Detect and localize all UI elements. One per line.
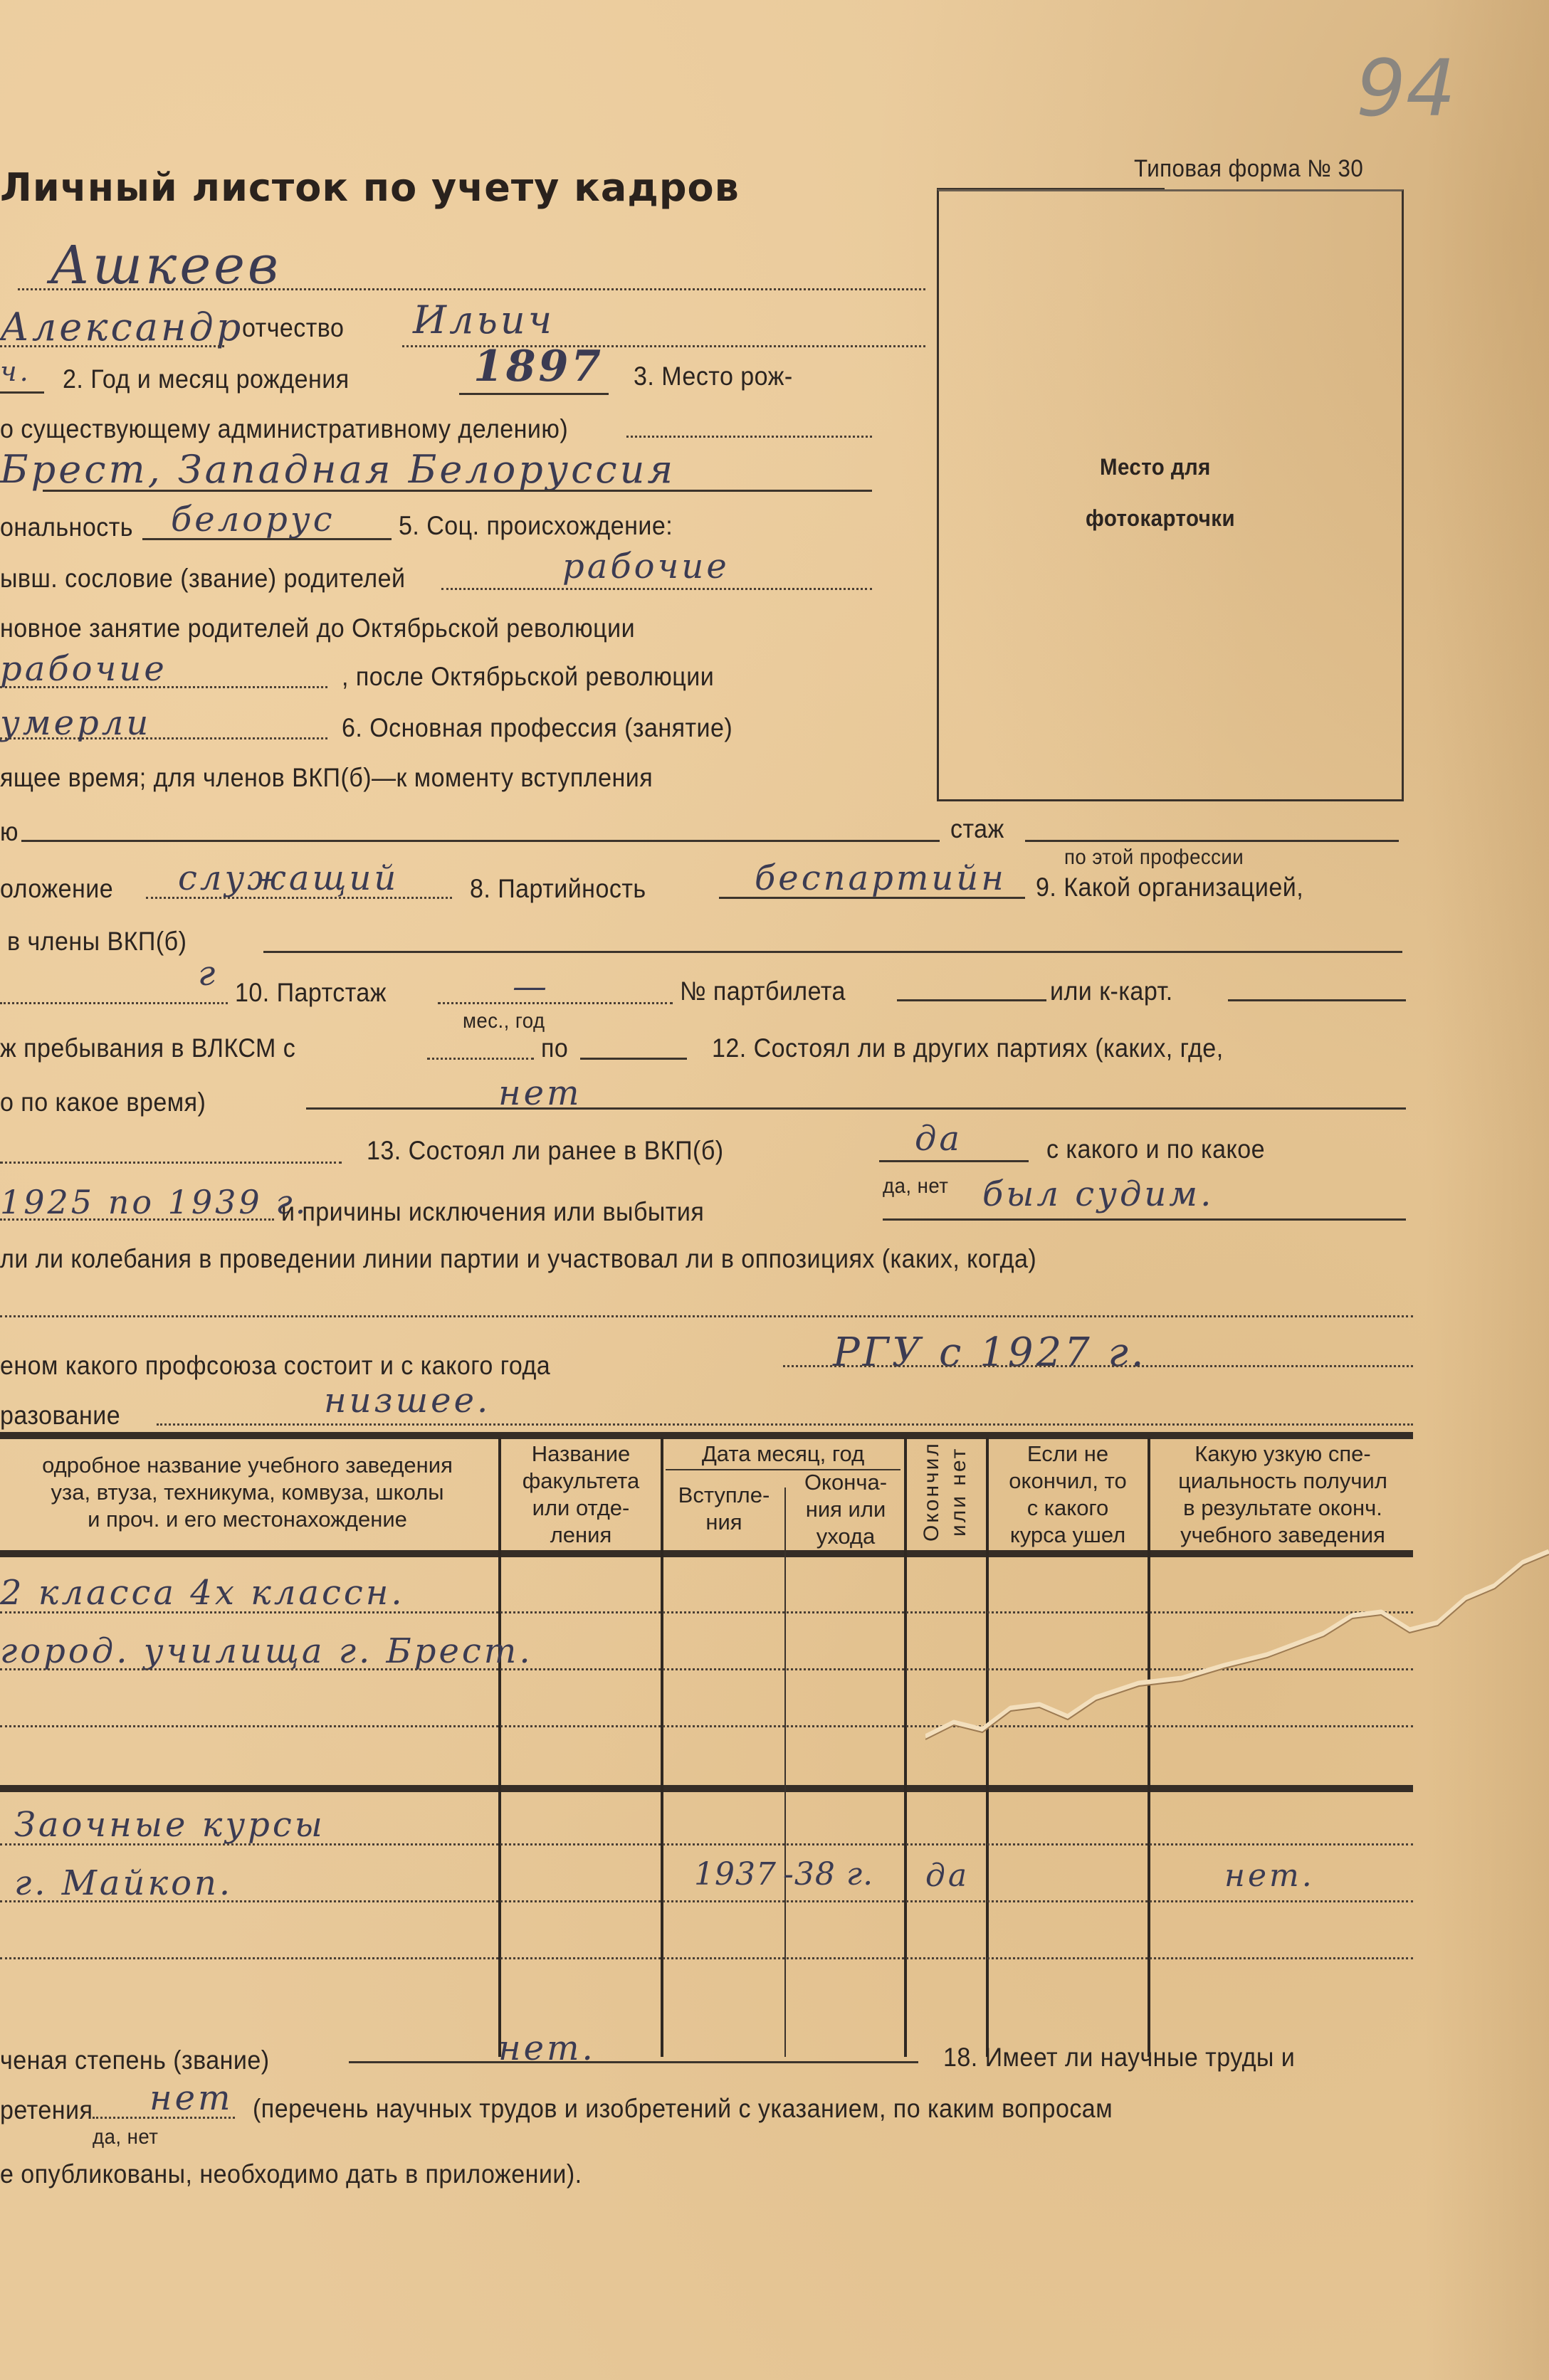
works-note: (перечень научных трудов и изобретений с… [253,2094,1113,2124]
row2-entry[interactable]: 1937 [694,1856,777,1892]
parents-after-revolution-label: , после Октябрьской революции [342,662,714,692]
former-vkpb-value[interactable]: да [915,1119,962,1159]
row1-institution-line1[interactable]: 2 класса 4х классн. [0,1573,405,1613]
party-ticket-field[interactable] [897,999,1046,1001]
exclusion-reason-label: и причины исключения или выбытия [281,1197,704,1227]
trade-union-label: еном какого профсоюза состоит и с какого… [0,1351,550,1381]
experience-label: стаж [950,814,1004,844]
party-card-label: или к-карт. [1050,976,1173,1006]
inventions-label: ретения [0,2095,93,2125]
sheet-number: 94 [1356,43,1456,134]
row2-exit[interactable]: -38 г. [783,1856,873,1892]
photo-label-line1: Место для [1100,454,1211,480]
nationality-label: ональность [0,512,133,542]
header-entry-date: Вступле- ния [663,1482,784,1536]
experience-sublabel: по этой профессии [1064,846,1244,870]
komsomol-sublabel: мес., год [463,1009,545,1033]
birthplace-label: 3. Место рож- [634,362,793,391]
header-institution: одробное название учебного заведения уза… [0,1452,495,1533]
position-value[interactable]: служащий [178,858,399,898]
party-card-field[interactable] [1228,999,1406,1001]
inventions-sublabel: да, нет [93,2125,158,2149]
birth-value[interactable]: 1897 [473,342,604,391]
parents-before-revolution-label: новное занятие родителей до Октябрьской … [0,614,635,643]
trade-union-value[interactable]: РГУ с 1927 г. [833,1329,1147,1376]
komsomol-to-field[interactable] [580,1058,687,1060]
handwritten-mark: г [198,954,218,994]
exclusion-reason-value[interactable]: был судим. [982,1174,1214,1214]
parents-before-revolution-value[interactable]: рабочие [0,649,167,689]
former-vkpb-label: 13. Состоял ли ранее в ВКП(б) [367,1136,724,1166]
education-label: разование [0,1401,120,1431]
form-number-label: Типовая форма № 30 [1134,155,1363,183]
first-name-suffix: ч. [0,356,31,387]
parents-estate-value[interactable]: рабочие [562,547,730,586]
profession-label: 6. Основная профессия (занятие) [342,713,733,743]
party-tenure-label: 10. Партстаж [235,978,387,1008]
party-value[interactable]: беспартийн [755,858,1007,898]
header-dates-group: Дата месяц, год [663,1441,903,1468]
first-name-value[interactable]: Александр [0,305,243,349]
photo-label-line2: фотокарточки [1086,505,1235,532]
profession-label-end: ю [0,817,19,847]
row2-specialty[interactable]: нет. [1224,1858,1315,1894]
row2-institution-line2[interactable]: г. Майкоп. [14,1863,233,1903]
page-title: Личный листок по учету кадров [0,165,740,210]
party-label: 8. Партийность [470,874,646,904]
oppositions-label: ли ли колебания в проведении линии парти… [0,1244,1036,1274]
komsomol-to-label: по [541,1033,568,1063]
admitting-org-label-cont: в члены ВКП(б) [7,927,187,957]
other-parties-label: 12. Состоял ли в других партиях (каких, … [712,1033,1224,1063]
photo-placeholder [937,189,1404,801]
komsomol-label: ж пребывания в ВЛКСМ с [0,1033,295,1063]
admitting-org-label: 9. Какой организацией, [1036,873,1303,902]
profession-label-cont: ящее время; для членов ВКП(б)—к моменту … [0,763,653,793]
komsomol-from-field[interactable] [427,1058,534,1060]
social-origin-label: 5. Соц. происхождение: [399,511,673,541]
oppositions-field[interactable] [0,1315,1413,1317]
party-tenure-value[interactable]: — [513,967,550,1006]
header-exit-date: Оконча- ния или ухода [787,1469,904,1550]
position-label: оложение [0,874,113,904]
patronymic-label: отчество [242,313,344,343]
patronymic-value[interactable]: Ильич [413,297,555,342]
scientific-works-label: 18. Имеет ли научные труды и [943,2043,1295,2073]
other-parties-label-cont: о по какое время) [0,1088,206,1117]
works-note-cont: е опубликованы, необходимо дать в прилож… [0,2159,582,2189]
header-faculty: Название факультета или отде- ления [502,1441,660,1549]
former-vkpb-period-label: с какого и по какое [1046,1134,1265,1164]
experience-field[interactable] [1025,840,1399,842]
surname-value[interactable]: Ашкеев [50,235,281,296]
nationality-value[interactable]: белорус [171,500,335,539]
former-vkpb-period-value[interactable]: 1925 по 1939 г. [0,1183,308,1221]
row1-institution-line2[interactable]: город. училища г. Брест. [0,1631,533,1671]
education-value[interactable]: низшее. [324,1381,490,1421]
degree-label: ченая степень (звание) [0,2045,270,2075]
birthplace-label-cont: о существующему административному делени… [0,414,568,444]
admitting-org-field[interactable] [263,951,1402,953]
birthplace-value[interactable]: Брест, Западная Белоруссия [0,447,676,492]
party-ticket-label: № партбилета [680,976,846,1006]
parents-estate-label: ывш. сословие (звание) родителей [0,564,405,594]
former-vkpb-sublabel: да, нет [883,1174,948,1199]
row2-completed[interactable]: да [925,1858,970,1894]
paper-tear [925,1530,1549,1744]
birth-label: 2. Год и месяц рождения [63,364,350,394]
profession-field[interactable] [21,840,940,842]
inventions-value[interactable]: нет [149,2078,233,2118]
row2-institution-line1[interactable]: Заочные курсы [14,1805,325,1845]
